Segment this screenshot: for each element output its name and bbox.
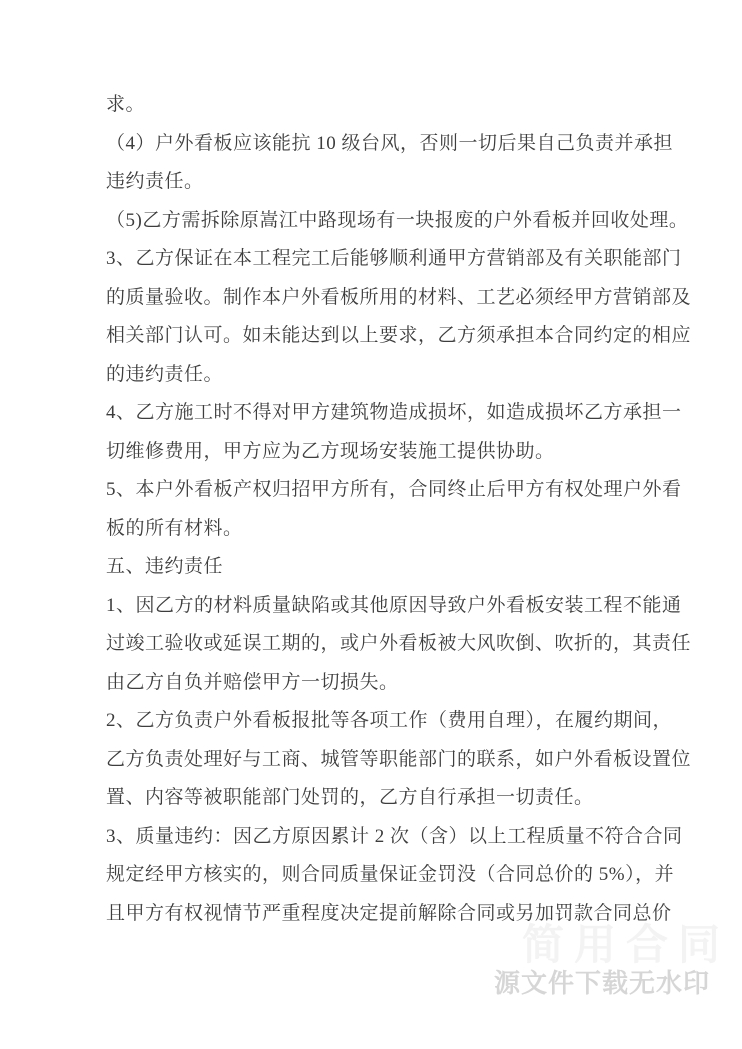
- watermark-caption: 源文件下载无水印: [494, 970, 710, 996]
- text-line: 规定经甲方核实的，则合同质量保证金罚没（合同总价的 5%），并: [106, 856, 652, 895]
- text-line: 5、本户外看板产权归招甲方所有，合同终止后甲方有权处理户外看: [106, 471, 652, 510]
- text-line: 的违约责任。: [106, 356, 652, 395]
- document-body: 求。（4）户外看板应该能抗 10 级台风，否则一切后果自己负责并承担违约责任。（…: [106, 86, 652, 933]
- text-line: （5)乙方需拆除原嵩江中路现场有一块报废的户外看板并回收处理。: [106, 202, 652, 241]
- text-line: 五、违约责任: [106, 548, 652, 587]
- text-line: 求。: [106, 86, 652, 125]
- text-line: 乙方负责处理好与工商、城管等职能部门的联系，如户外看板设置位: [106, 741, 652, 780]
- text-line: 的质量验收。制作本户外看板所用的材料、工艺必须经甲方营销部及: [106, 279, 652, 318]
- text-line: 板的所有材料。: [106, 510, 652, 549]
- text-line: 置、内容等被职能部门处罚的，乙方自行承担一切责任。: [106, 779, 652, 818]
- text-line: 过竣工验收或延误工期的，或户外看板被大风吹倒、吹折的，其责任: [106, 625, 652, 664]
- text-line: （4）户外看板应该能抗 10 级台风，否则一切后果自己负责并承担: [106, 125, 652, 164]
- text-line: 违约责任。: [106, 163, 652, 202]
- contract-page: 求。（4）户外看板应该能抗 10 级台风，否则一切后果自己负责并承担违约责任。（…: [0, 0, 742, 1049]
- text-line: 相关部门认可。如未能达到以上要求，乙方须承担本合同约定的相应: [106, 317, 652, 356]
- text-line: 4、乙方施工时不得对甲方建筑物造成损坏，如造成损坏乙方承担一: [106, 394, 652, 433]
- text-line: 由乙方自负并赔偿甲方一切损失。: [106, 664, 652, 703]
- text-line: 切维修费用，甲方应为乙方现场安装施工提供协助。: [106, 433, 652, 472]
- text-line: 3、质量违约：因乙方原因累计 2 次（含）以上工程质量不符合合同: [106, 818, 652, 857]
- text-line: 1、因乙方的材料质量缺陷或其他原因导致户外看板安装工程不能通: [106, 587, 652, 626]
- text-line: 2、乙方负责户外看板报批等各项工作（费用自理），在履约期间，: [106, 702, 652, 741]
- watermark-brand: 简用合同: [522, 924, 730, 966]
- text-line: 3、乙方保证在本工程完工后能够顺利通甲方营销部及有关职能部门: [106, 240, 652, 279]
